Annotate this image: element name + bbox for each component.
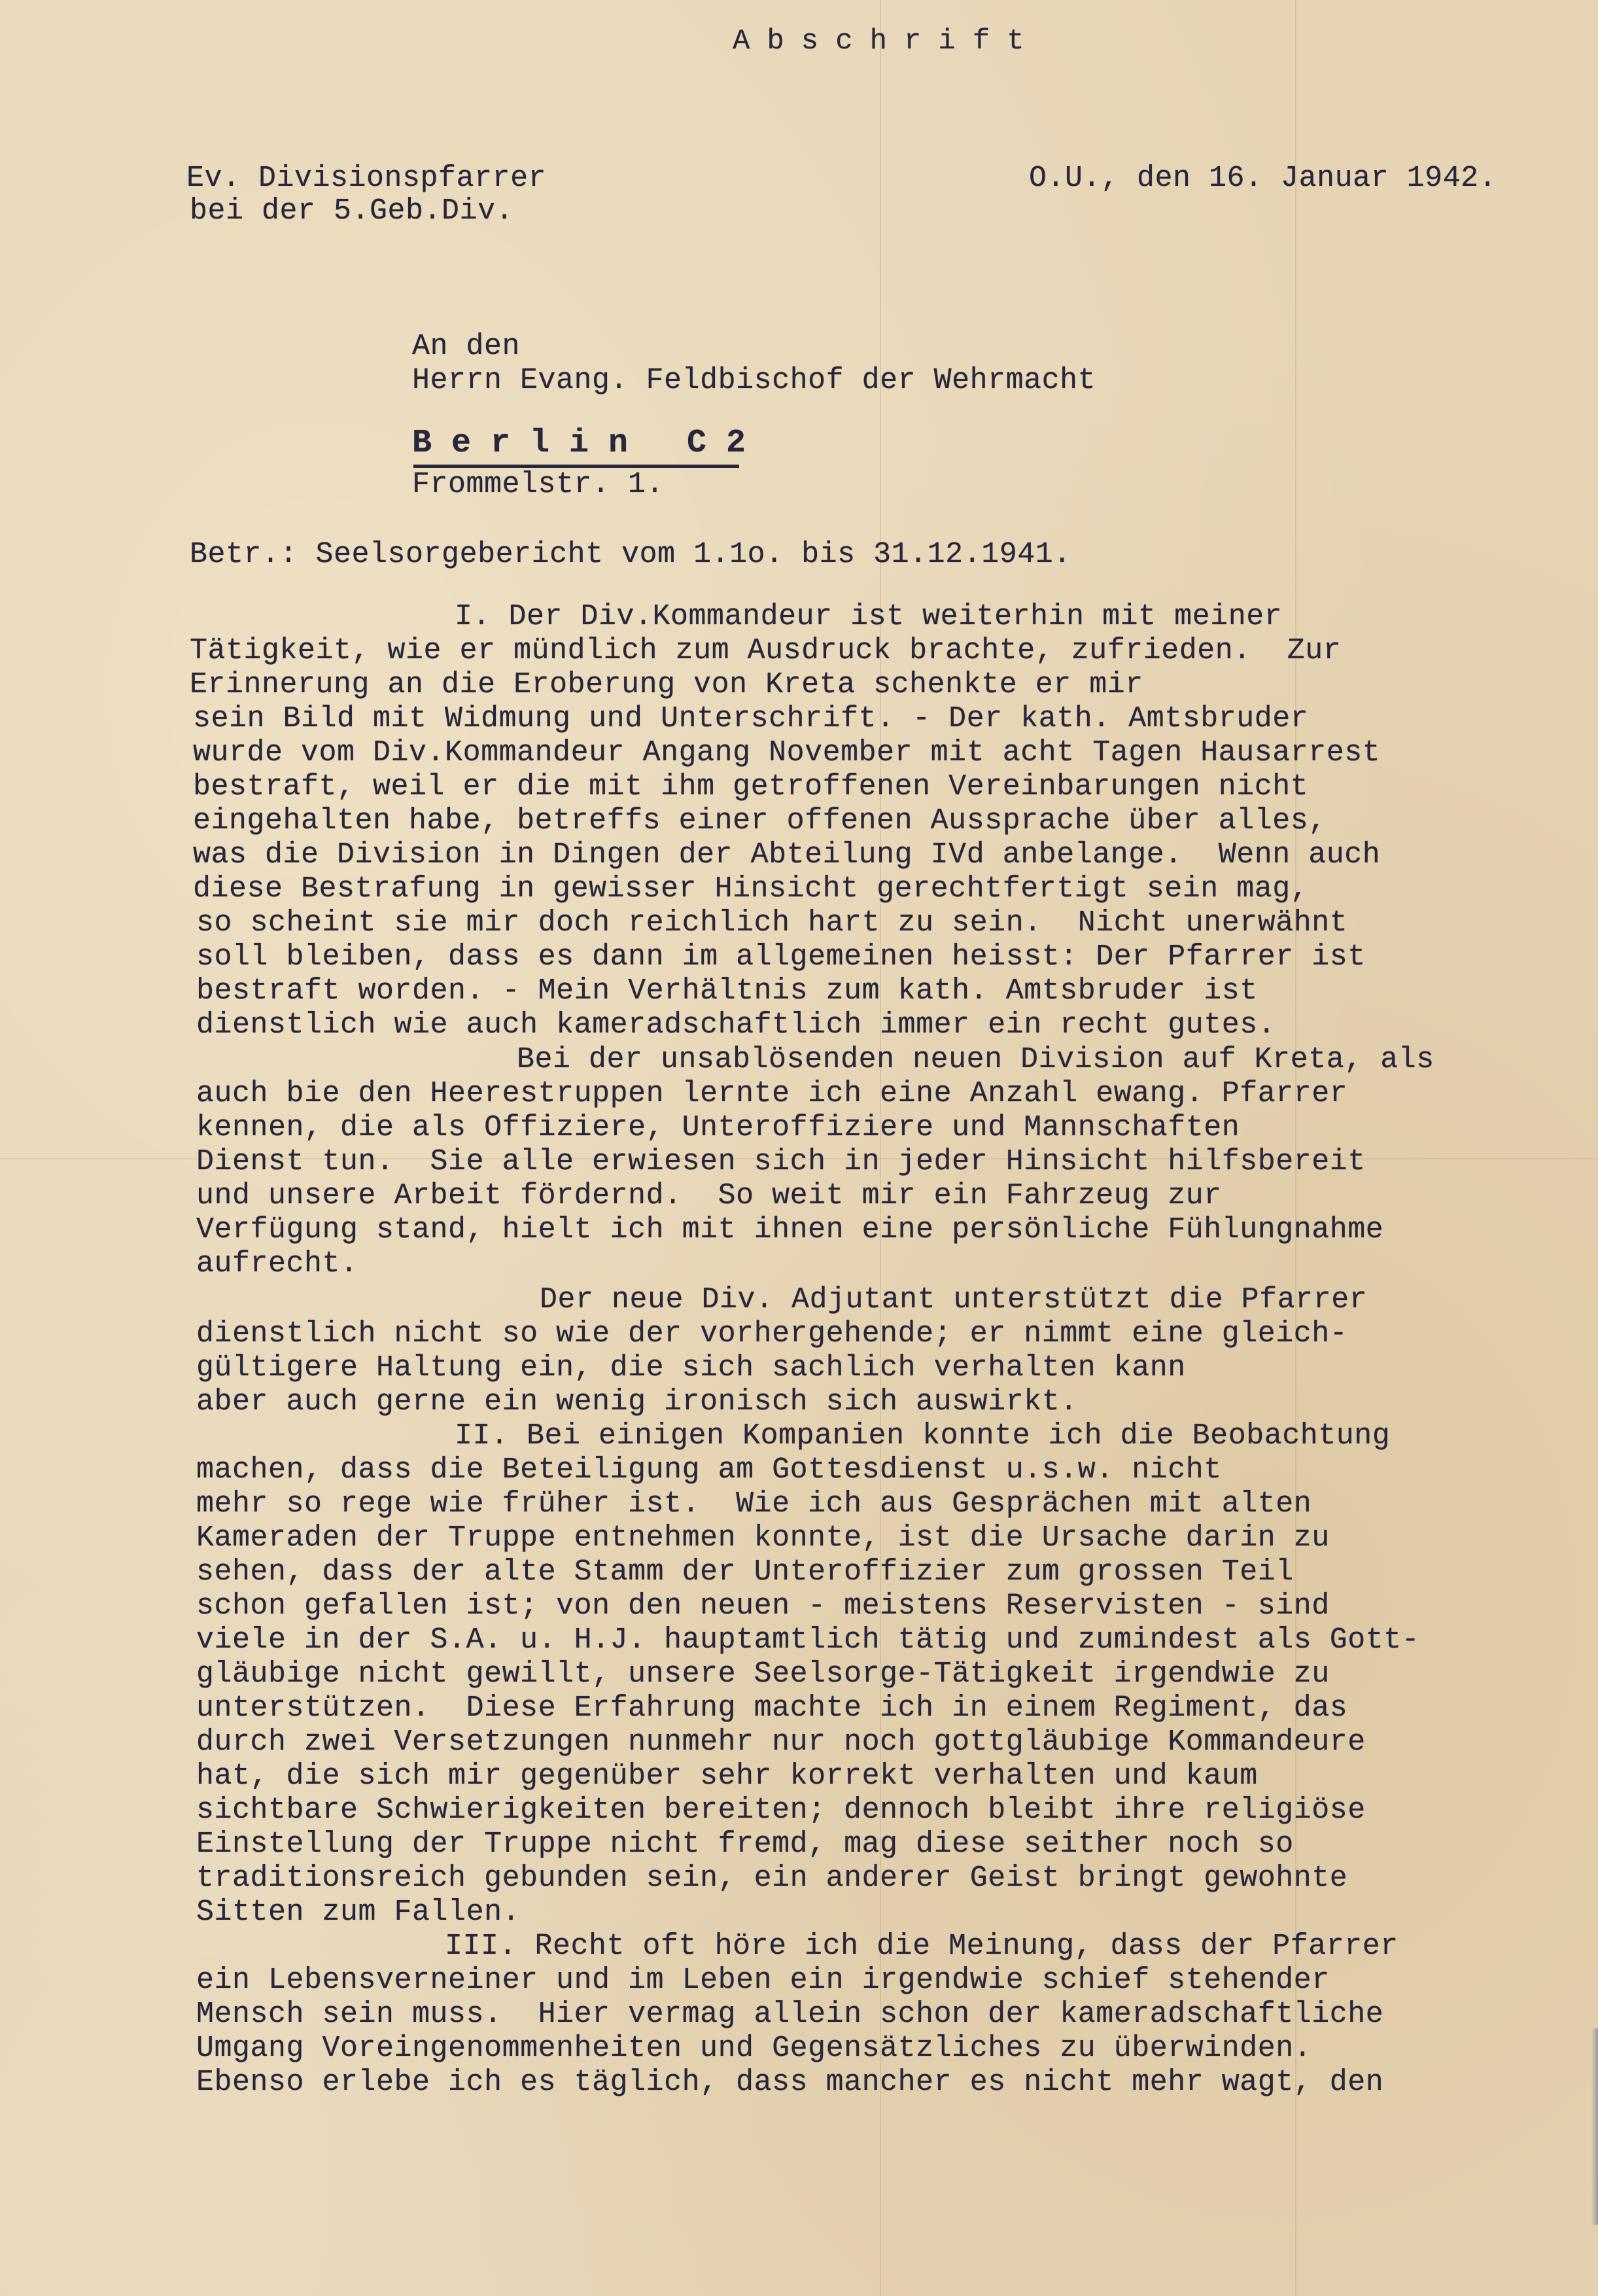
recipient-line-2: Herrn Evang. Feldbischof der Wehrmacht — [412, 364, 1096, 397]
sender-line-1: Ev. Divisionspfarrer — [186, 162, 546, 195]
scan-edge-artifact — [1591, 2028, 1598, 2225]
body-line: sichtbare Schwierigkeiten bereiten; denn… — [196, 1794, 1366, 1827]
body-line: dienstlich nicht so wie der vorhergehend… — [196, 1318, 1347, 1351]
recipient-line-1: An den — [412, 330, 520, 363]
sender-line-2: bei der 5.Geb.Div. — [190, 195, 513, 228]
typed-letter-page: Abschrift Ev. Divisionspfarrer bei der 5… — [0, 0, 1598, 2296]
body-line: was die Division in Dingen der Abteilung… — [193, 839, 1380, 872]
body-line: kennen, die als Offiziere, Unteroffizier… — [196, 1112, 1240, 1144]
body-line: eingehalten habe, betreffs einer offenen… — [193, 805, 1327, 838]
body-line: Dienst tun. Sie alle erwiesen sich in je… — [196, 1146, 1366, 1178]
place-date: O.U., den 16. Januar 1942. — [1029, 162, 1497, 195]
body-line: machen, dass die Beteiligung am Gottesdi… — [196, 1454, 1222, 1487]
body-line: Bei der unsablösenden neuen Division auf… — [517, 1044, 1434, 1076]
body-line: und unsere Arbeit fördernd. So weit mir … — [196, 1180, 1222, 1212]
body-line: dienstlich wie auch kameradschaftlich im… — [196, 1009, 1276, 1042]
body-line: Verfügung stand, hielt ich mit ihnen ein… — [196, 1214, 1383, 1246]
subject-line: Betr.: Seelsorgebericht vom 1.1o. bis 31… — [190, 539, 1071, 571]
body-line: bestraft, weil er die mit ihm getroffene… — [193, 771, 1308, 804]
body-line: so scheint sie mir doch reichlich hart z… — [196, 907, 1347, 940]
body-line: schon gefallen ist; von den neuen - meis… — [196, 1590, 1330, 1623]
document-title: Abschrift — [733, 25, 1041, 58]
body-line: I. Der Div.Kommandeur ist weiterhin mit … — [455, 601, 1282, 633]
body-line: aufrecht. — [196, 1248, 358, 1280]
body-line: viele in der S.A. u. H.J. hauptamtlich t… — [196, 1624, 1419, 1657]
body-line: Tätigkeit, wie er mündlich zum Ausdruck … — [190, 635, 1341, 667]
recipient-city: Berlin C2 — [412, 427, 765, 460]
body-line: Ebenso erlebe ich es täglich, dass manch… — [196, 2066, 1383, 2099]
body-line: Umgang Voreingenommenheiten und Gegensät… — [196, 2032, 1311, 2065]
body-line: sein Bild mit Widmung und Unterschrift. … — [193, 703, 1308, 735]
body-line: Sitten zum Fallen. — [196, 1896, 520, 1929]
recipient-street: Frommelstr. 1. — [412, 468, 664, 501]
body-line: soll bleiben, dass es dann im allgemeine… — [196, 941, 1366, 974]
body-line: Kameraden der Truppe entnehmen konnte, i… — [196, 1522, 1330, 1555]
body-line: II. Bei einigen Kompanien konnte ich die… — [455, 1420, 1390, 1453]
body-line: gültigere Haltung ein, die sich sachlich… — [196, 1352, 1186, 1385]
body-line: mehr so rege wie früher ist. Wie ich aus… — [196, 1488, 1311, 1521]
body-line: bestraft worden. - Mein Verhältnis zum k… — [196, 975, 1258, 1008]
body-line: gläubige nicht gewillt, unsere Seelsorge… — [196, 1658, 1330, 1691]
body-line: Erinnerung an die Eroberung von Kreta sc… — [190, 669, 1143, 701]
body-line: traditionsreich gebunden sein, ein ander… — [196, 1862, 1347, 1895]
body-line: auch bie den Heerestruppen lernte ich ei… — [196, 1078, 1347, 1110]
body-line: III. Recht oft höre ich die Meinung, das… — [445, 1930, 1398, 1963]
body-line: aber auch gerne ein wenig ironisch sich … — [196, 1386, 1078, 1419]
body-line: Einstellung der Truppe nicht fremd, mag … — [196, 1828, 1294, 1861]
body-line: sehen, dass der alte Stamm der Unteroffi… — [196, 1556, 1294, 1589]
body-line: wurde vom Div.Kommandeur Angang November… — [193, 737, 1380, 769]
body-line: diese Bestrafung in gewisser Hinsicht ge… — [193, 873, 1308, 906]
body-line: durch zwei Versetzungen nunmehr nur noch… — [196, 1726, 1366, 1759]
body-line: Mensch sein muss. Hier vermag allein sch… — [196, 1998, 1383, 2031]
body-line: hat, die sich mir gegenüber sehr korrekt… — [196, 1760, 1258, 1793]
body-line: Der neue Div. Adjutant unterstützt die P… — [540, 1284, 1367, 1316]
body-line: unterstützen. Diese Erfahrung machte ich… — [196, 1692, 1347, 1725]
body-line: ein Lebensverneiner und im Leben ein irg… — [196, 1964, 1330, 1997]
